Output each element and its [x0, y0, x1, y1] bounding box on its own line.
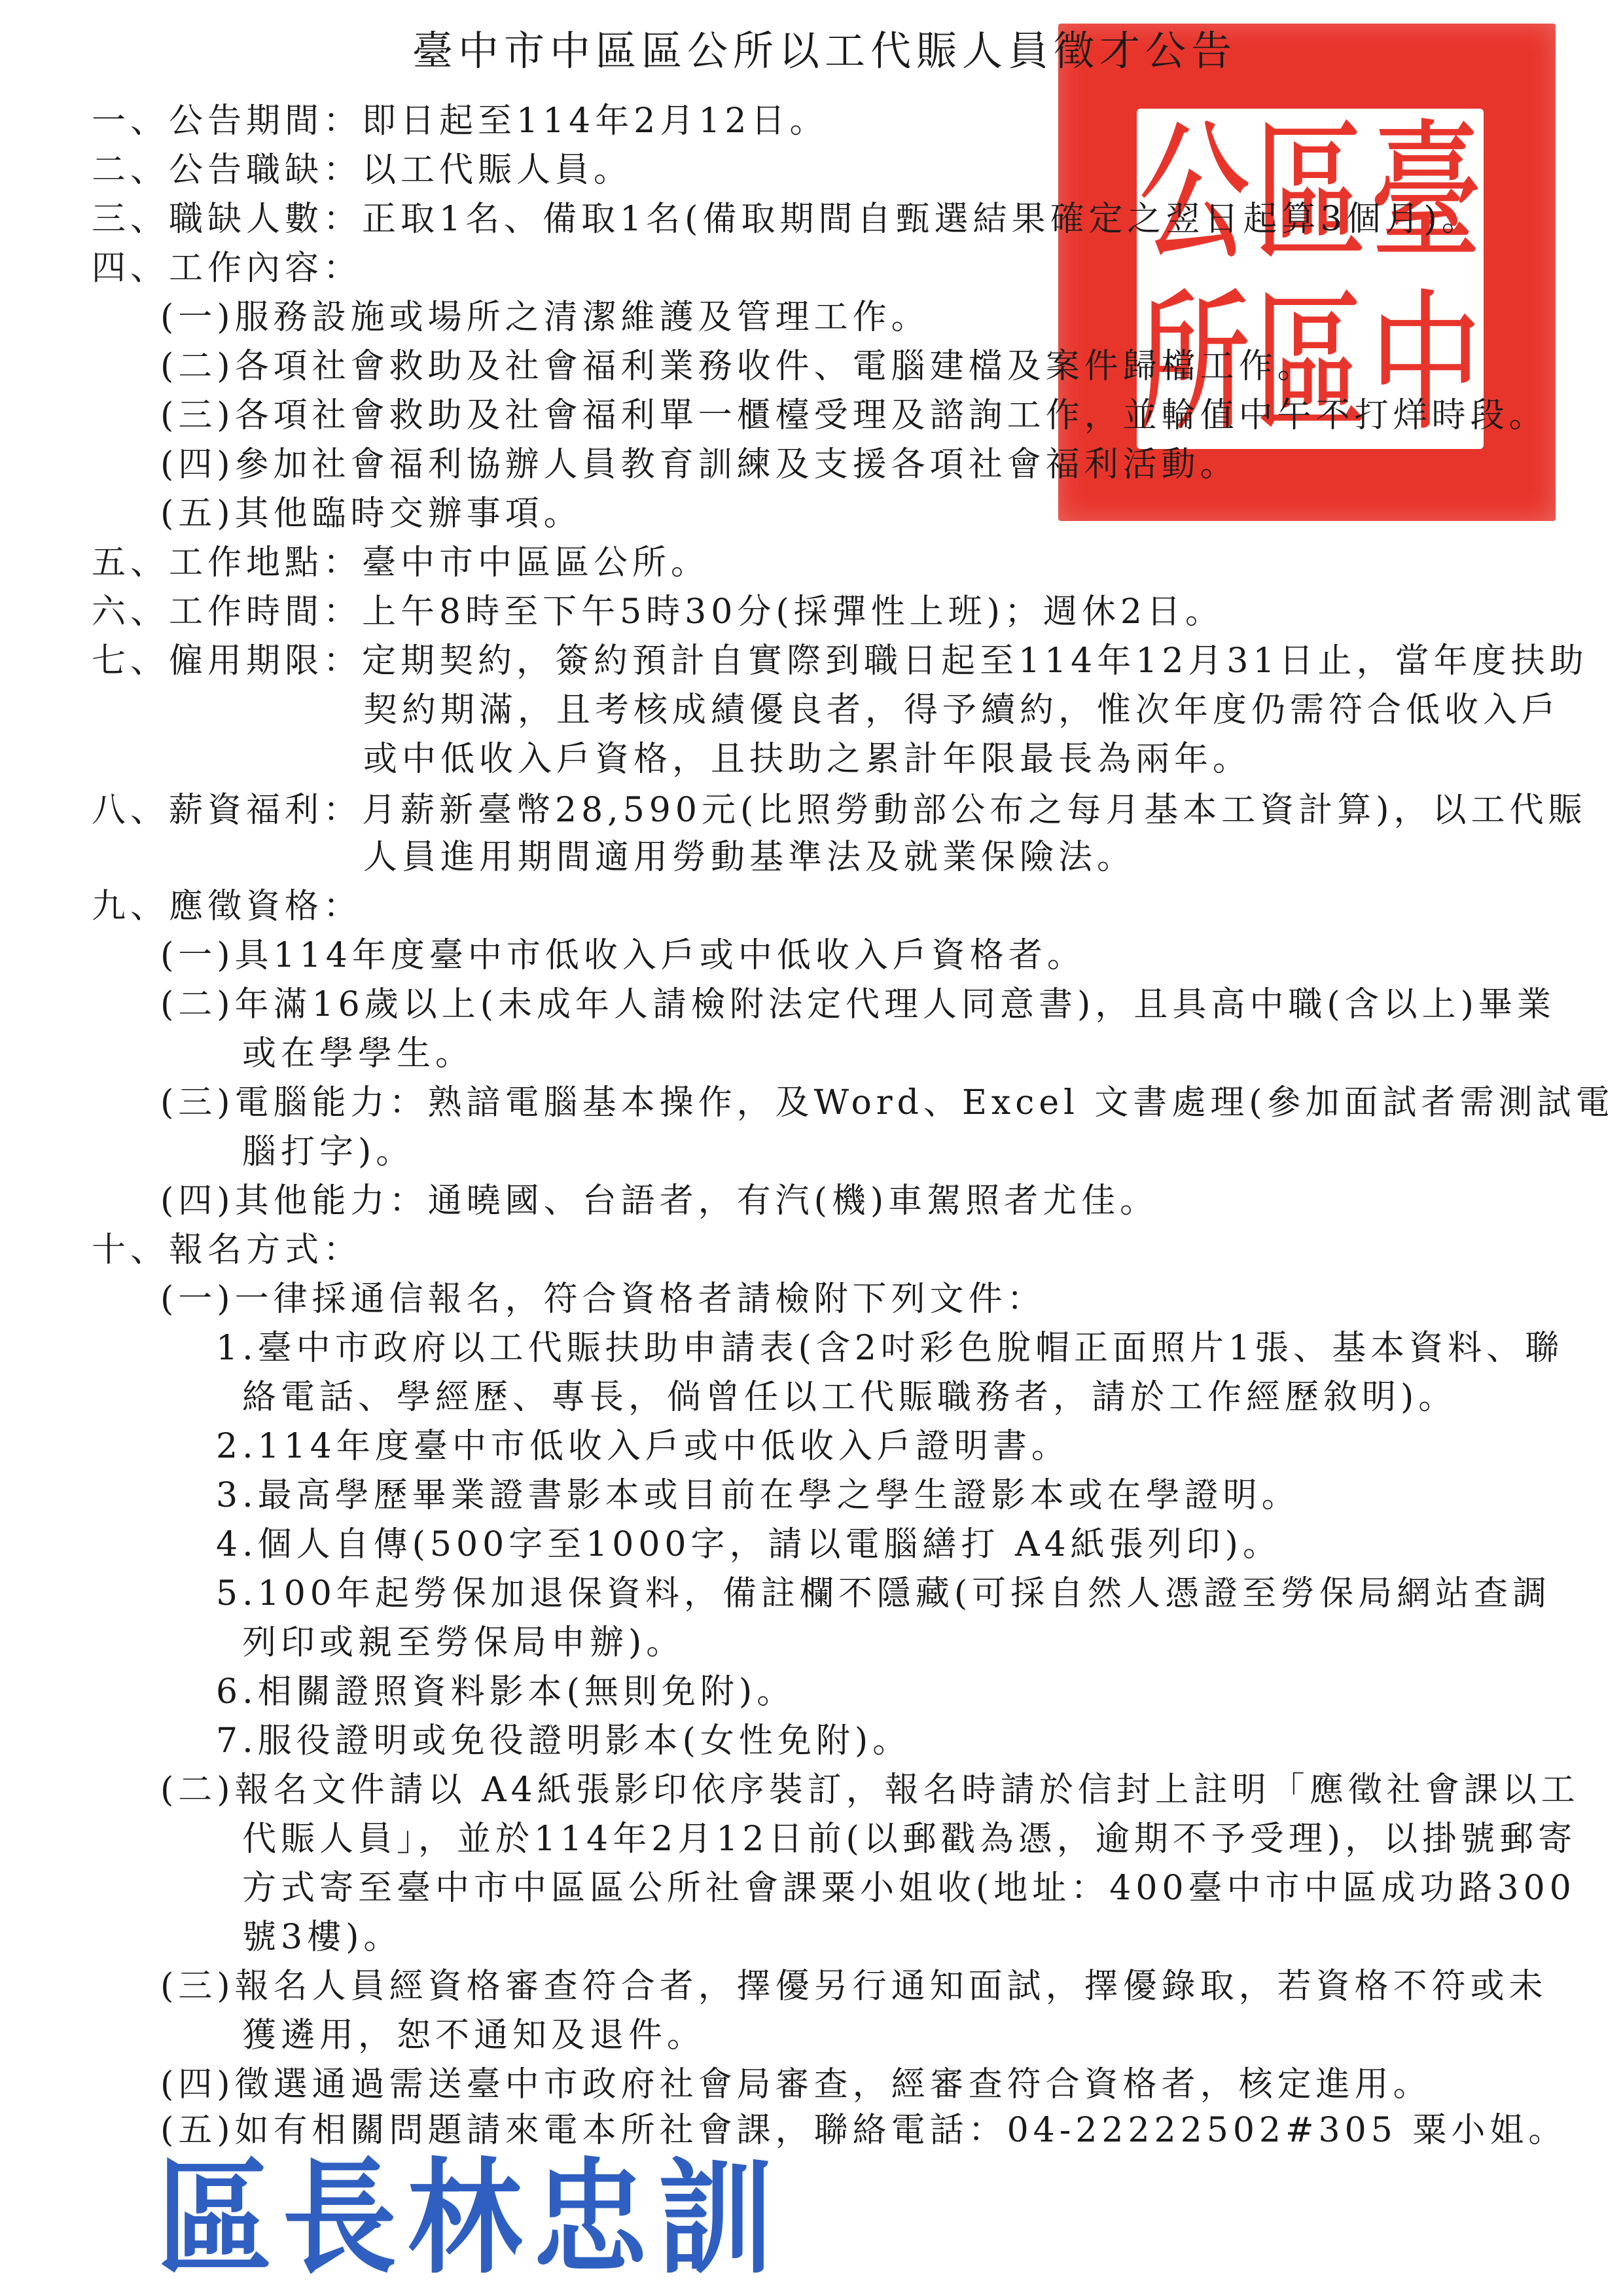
section-1-announcement-period: 一、公告期間：即日起至114年2月12日。: [92, 100, 829, 142]
section-9-item-2-line-2: 或在學學生。: [242, 1033, 474, 1075]
required-doc-1-line-1: 1.臺中市政府以工代賑扶助申請表(含2吋彩色脫帽正面照片1張、基本資料、聯: [216, 1327, 1563, 1369]
section-4-item-1: (一)服務設施或場所之清潔維護及管理工作。: [160, 296, 930, 338]
section-8-salary-line-2: 人員進用期間適用勞動基準法及就業保險法。: [363, 836, 1135, 878]
section-3-headcount: 三、職缺人數：正取1名、備取1名(備取期間自甄選結果確定之翌日起算3個月)。: [92, 198, 1480, 240]
section-10-sub4: (四)徵選通過需送臺中市政府社會局審查，經審查符合資格者，核定進用。: [160, 2064, 1432, 2106]
section-10-heading: 十、報名方式：: [92, 1229, 362, 1271]
page-title: 臺中市中區區公所以工代賑人員徵才公告: [0, 26, 1623, 76]
section-4-item-2: (二)各項社會救助及社會福利業務收件、電腦建檔及案件歸檔工作。: [160, 346, 1316, 387]
section-9-item-2-line-1: (二)年滿16歲以上(未成年人請檢附法定代理人同意書)，且具高中職(含以上)畢業: [160, 984, 1556, 1026]
section-4-item-4: (四)參加社會福利協辦人員教育訓練及支援各項社會福利活動。: [160, 444, 1239, 486]
section-7-term-line-3: 或中低收入戶資格，且扶助之累計年限最長為兩年。: [363, 738, 1251, 780]
section-9-heading: 九、應徵資格：: [92, 886, 362, 927]
section-10-sub3-line-1: (三)報名人員經資格審查符合者，擇優另行通知面試，擇優錄取，若資格不符或未: [160, 1965, 1548, 2007]
required-doc-5-line-1: 5.100年起勞保加退保資料，備註欄不隱藏(可採自然人憑證至勞保局網站查調: [216, 1573, 1551, 1615]
required-doc-5-line-2: 列印或親至勞保局申辦)。: [242, 1622, 685, 1664]
section-10-sub2-line-4: 號3樓)。: [242, 1916, 402, 1958]
required-doc-2: 2.114年度臺中市低收入戶或中低收入戶證明書。: [216, 1426, 1070, 1467]
document-page: 臺中市中區區公所以工代賑人員徵才公告 臺 中 區 區 公 所 一、公告期間：即日…: [0, 0, 1623, 2296]
section-4-heading: 四、工作內容：: [92, 247, 362, 289]
required-doc-3: 3.最高學歷畢業證書影本或目前在學之學生證影本或在學證明。: [216, 1475, 1300, 1516]
section-9-item-1: (一)具114年度臺中市低收入戶或中低收入戶資格者。: [160, 935, 1086, 977]
section-9-item-4: (四)其他能力：通曉國、台語者，有汽(機)車駕照者尤佳。: [160, 1180, 1158, 1222]
section-10-sub2-line-1: (二)報名文件請以 A4紙張影印依序裝訂，報名時請於信封上註明「應徵社會課以工: [160, 1769, 1580, 1811]
section-9-item-3-line-2: 腦打字)。: [242, 1131, 414, 1173]
required-doc-1-line-2: 絡電話、學經歷、專長，倘曾任以工代賑職務者，請於工作經歷敘明)。: [242, 1376, 1457, 1418]
seal-glyph: 中: [1368, 249, 1484, 479]
section-2-position: 二、公告職缺：以工代賑人員。: [92, 149, 632, 191]
section-7-term-line-1: 七、僱用期限：定期契約，簽約預計自實際到職日起至114年12月31日止，當年度扶…: [92, 640, 1588, 682]
section-4-item-3: (三)各項社會救助及社會福利單一櫃檯受理及諮詢工作，並輪值中午不打烊時段。: [160, 395, 1548, 437]
section-10-sub3-line-2: 獲遴用，恕不通知及退件。: [242, 2015, 705, 2056]
section-4-item-5: (五)其他臨時交辦事項。: [160, 493, 582, 535]
section-6-hours: 六、工作時間：上午8時至下午5時30分(採彈性上班)；週休2日。: [92, 591, 1224, 633]
section-9-item-3-line-1: (三)電腦能力：熟諳電腦基本操作，及Word、Excel 文書處理(參加面試者需…: [160, 1082, 1614, 1124]
section-10-sub1-lead: (一)一律採通信報名，符合資格者請檢附下列文件：: [160, 1278, 1046, 1320]
required-doc-7: 7.服役證明或免役證明影本(女性免附)。: [216, 1720, 911, 1762]
district-chief-signature: 區長林忠訓: [157, 2150, 783, 2287]
section-10-sub2-line-3: 方式寄至臺中市中區區公所社會課粟小姐收(地址：400臺中市中區成功路300: [242, 1867, 1576, 1909]
section-10-sub2-line-2: 代賑人員」，並於114年2月12日前(以郵戳為憑，逾期不予受理)，以掛號郵寄: [242, 1818, 1577, 1860]
section-8-salary-line-1: 八、薪資福利：月薪新臺幣28,590元(比照勞動部公布之每月基本工資計算)，以工…: [92, 789, 1587, 831]
section-10-sub5-contact: (五)如有相關問題請來電本所社會課，聯絡電話：04-22222502#305 粟…: [160, 2109, 1567, 2151]
required-doc-4: 4.個人自傳(500字至1000字，請以電腦繕打 A4紙張列印)。: [216, 1524, 1281, 1566]
section-7-term-line-2: 契約期滿，且考核成績優良者，得予續約，惟次年度仍需符合低收入戶: [363, 689, 1560, 731]
required-doc-6: 6.相關證照資料影本(無則免附)。: [216, 1671, 795, 1713]
section-5-location: 五、工作地點：臺中市中區區公所。: [92, 542, 709, 584]
